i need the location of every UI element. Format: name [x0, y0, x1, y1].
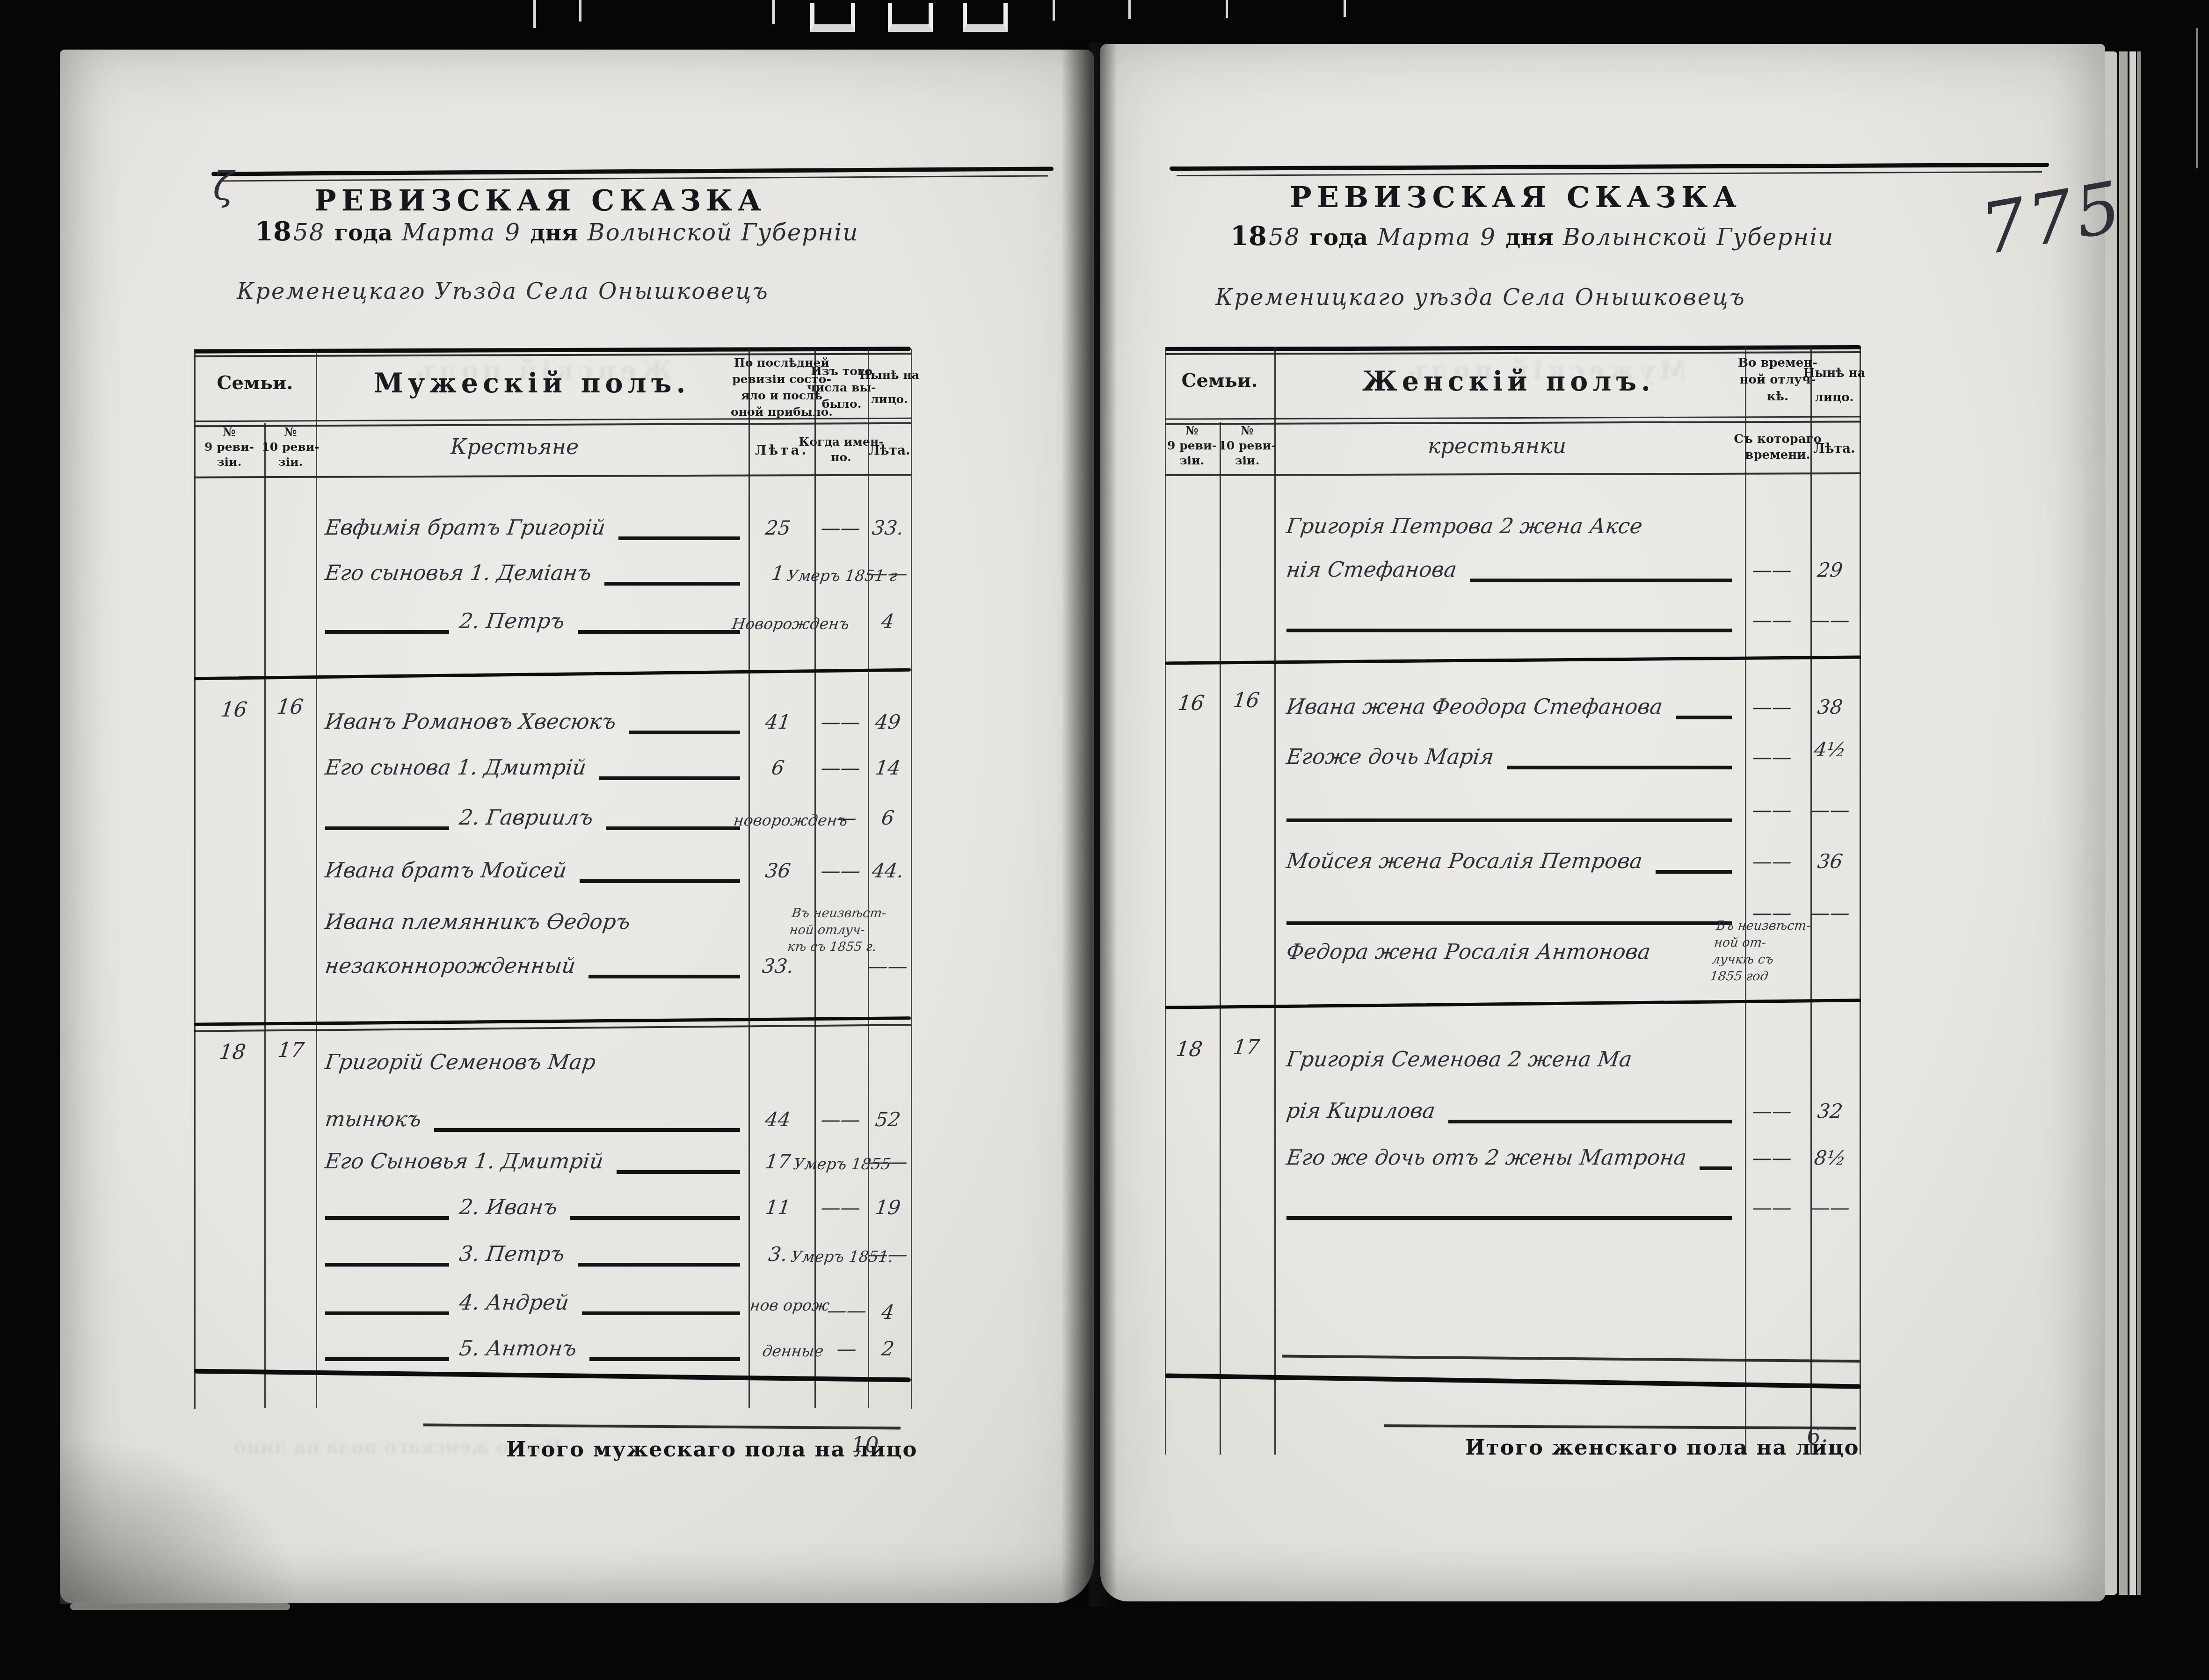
age-now: 38 — [1816, 695, 1844, 718]
right-date-line: 18 58 года Марта 9 дня Волынской Губерні… — [1230, 221, 1834, 252]
age-now: —— — [867, 1243, 909, 1266]
lead-dash — [325, 1306, 449, 1315]
col-rev9: № 9 реви- зіи. — [204, 425, 254, 470]
left-title: РЕВИЗСКАЯ СКАЗКА — [314, 183, 766, 217]
since-when: —— — [1751, 1146, 1793, 1169]
table-row: 4. Андрей нов орож —— 4 — [0, 1279, 2209, 1319]
person-name: нія Стефанова — [1285, 553, 1459, 586]
since-when: —— — [1751, 558, 1793, 581]
when-departed: —— — [826, 1299, 868, 1322]
since-when: —— — [1751, 746, 1793, 768]
person-name: Григорія Семенова 2 жена Ма — [1285, 1043, 1634, 1076]
name-underline — [582, 1306, 740, 1315]
name-cell — [1286, 1183, 1736, 1224]
scan-bracket — [810, 3, 855, 32]
date-goda: года — [1310, 224, 1368, 251]
col-rev10: № 10 реви- зіи. — [262, 425, 319, 470]
table-row: Ивана жена Феодора Стефанова —— 38 — [0, 683, 2209, 723]
name-cell: нія Стефанова — [1286, 546, 1736, 586]
right-total-label: Итого женскаго пола на лицо — [1465, 1435, 1860, 1460]
date-58: 58 — [293, 219, 325, 246]
name-underline — [1507, 760, 1732, 769]
name-cell — [1286, 786, 1736, 826]
under-page-edge — [70, 1603, 290, 1610]
scan-sliver — [2196, 28, 2198, 168]
table-row: —— —— — [0, 596, 2209, 636]
name-cell: Григорія Петрова 2 жена Аксе — [1286, 502, 1736, 543]
age-now: —— — [1809, 1196, 1851, 1219]
age-previous: нов орож — [749, 1296, 830, 1314]
name-underline — [1448, 1114, 1732, 1123]
col-family: Семьи. — [1182, 369, 1258, 391]
table-row: Федора жена Росалія Антонова — [0, 928, 2209, 968]
person-name: 4. Андрей — [458, 1286, 571, 1319]
col-rev10: № 10 реви- зіи. — [1218, 423, 1276, 468]
scan-sliver — [579, 0, 581, 22]
date-58: 58 — [1269, 224, 1301, 251]
blank-row-stroke — [1286, 916, 1732, 925]
name-cell: Егоже дочь Марія — [1286, 733, 1736, 773]
date-dnya: дня — [530, 220, 578, 246]
since-when: —— — [1751, 798, 1793, 821]
table-row: Григорія Петрова 2 жена Аксе — [0, 502, 2209, 543]
scan-sliver — [1128, 0, 1131, 19]
since-when: —— — [1751, 608, 1793, 631]
right-subtitle: Кременицкаго уѣзда Села Онышковецъ — [1215, 284, 1745, 311]
right-total-value: 6. — [1805, 1421, 1829, 1449]
table-row: —— —— — [0, 1183, 2209, 1224]
table-row: нія Стефанова —— 29 — [0, 546, 2209, 586]
person-name: рія Кирилова — [1285, 1094, 1437, 1127]
right-title: РЕВИЗСКАЯ СКАЗКА — [1290, 180, 1742, 214]
since-when: —— — [1751, 1196, 1793, 1219]
name-cell: 4. Андрей — [325, 1279, 744, 1319]
name-cell: Ивана жена Феодора Стефанова — [1286, 683, 1736, 723]
person-name: Его же дочь отъ 2 жены Матрона — [1285, 1141, 1688, 1174]
name-cell: рія Кирилова — [1286, 1087, 1736, 1127]
name-cell: Григорія Семенова 2 жена Ма — [1286, 1036, 1736, 1076]
date-dnya: дня — [1505, 224, 1554, 251]
subcol-since-when: Съ котораго времени. — [1734, 431, 1822, 463]
name-underline — [1676, 710, 1732, 719]
col-female-sex: Женскій полъ. — [1362, 366, 1655, 397]
table-row: Его же дочь отъ 2 жены Матрона —— 8½ — [0, 1134, 2209, 1174]
name-underline — [578, 1257, 740, 1267]
since-when: —— — [1751, 695, 1793, 718]
table-row: Егоже дочь Марія —— 4½ — [0, 733, 2209, 773]
name-underline — [1656, 864, 1732, 874]
person-name: 5. Антонъ — [458, 1332, 579, 1365]
name-underline — [1470, 573, 1732, 582]
person-name: Мойсея жена Росалія Петрова — [1285, 845, 1644, 877]
name-cell: Его же дочь отъ 2 жены Матрона — [1286, 1134, 1736, 1174]
since-when: —— — [1751, 1100, 1793, 1122]
col-male-sex: Мужескій полъ. — [374, 368, 690, 399]
scan-bracket — [888, 3, 933, 32]
scan-sliver — [1053, 0, 1055, 21]
lead-dash — [325, 1352, 449, 1361]
left-total-value: 10 — [851, 1432, 879, 1457]
absence-note: Въ неизвѣст- ной от- лучкѣ съ 1855 год — [1709, 918, 1825, 985]
date-day: 9 — [505, 219, 521, 246]
age-previous: денные — [761, 1342, 824, 1360]
age-now: 4½ — [1813, 738, 1847, 761]
age-now: —— — [1809, 798, 1851, 821]
age-now: 8½ — [1813, 1146, 1847, 1169]
age-now: 2 — [880, 1337, 896, 1360]
person-name: Ивана жена Феодора Стефанова — [1285, 690, 1664, 723]
table-row: Мойсея жена Росалія Петрова —— 36 — [0, 837, 2209, 877]
date-day: 9 — [1480, 224, 1496, 251]
corner-squiggle: ζ — [213, 165, 233, 209]
date-18: 18 — [1230, 221, 1267, 252]
blank-row-stroke — [1286, 813, 1732, 822]
subcol-age: Лѣта. — [1813, 441, 1855, 456]
date-goda: года — [334, 220, 393, 246]
scan-sliver — [533, 0, 536, 28]
scan-sliver — [772, 0, 775, 24]
col-rev9: № 9 реви- зіи. — [1167, 423, 1217, 468]
name-cell — [1286, 596, 1736, 636]
age-now: —— — [1809, 608, 1851, 631]
age-now: 29 — [1816, 558, 1844, 581]
age-now: 32 — [1816, 1100, 1844, 1122]
scanned-document: { "left": { "corner_mark": "ζ", "header"… — [0, 0, 2209, 1680]
age-previous: 3. — [767, 1243, 789, 1266]
name-cell — [1286, 889, 1736, 929]
name-underline — [1700, 1161, 1732, 1170]
scan-sliver — [1344, 0, 1346, 17]
person-name: 3. Петръ — [458, 1238, 567, 1270]
date-18: 18 — [255, 216, 291, 247]
age-now: 4 — [880, 1301, 896, 1324]
subcol-peasant-women: крестьянки — [1428, 433, 1566, 458]
person-name: Федора жена Росалія Антонова — [1285, 935, 1652, 968]
table-row: —— —— — [0, 889, 2209, 929]
table-row: рія Кирилова —— 32 — [0, 1087, 2209, 1127]
date-place: Волынской Губерніи — [1563, 224, 1834, 251]
left-date-line: 18 58 года Марта 9 дня Волынской Губерні… — [255, 216, 858, 247]
name-cell: Федора жена Росалія Антонова — [1286, 928, 1736, 968]
name-underline — [589, 969, 740, 978]
subcol-peasants: Крестьяне — [451, 434, 579, 459]
blank-row-stroke — [1286, 1210, 1732, 1220]
date-place: Волынской Губерніи — [588, 219, 859, 246]
table-row: 3. Петръ 3. Умеръ 1851. —— — [0, 1230, 2209, 1270]
table-row: —— —— — [0, 786, 2209, 826]
since-when: —— — [1751, 850, 1793, 873]
scan-sliver — [1226, 0, 1228, 18]
date-month: Марта — [1377, 224, 1471, 251]
subcol-age2: Лѣта. — [868, 442, 910, 458]
blank-row-stroke — [1286, 623, 1732, 632]
col-now-present: Нынѣ на лицо. — [1803, 361, 1866, 410]
age-now: 36 — [1816, 850, 1844, 873]
name-underline — [589, 1352, 740, 1361]
date-month: Марта — [402, 219, 495, 246]
table-row: Григорія Семенова 2 жена Ма — [0, 1036, 2209, 1076]
left-subtitle: Кременецкаго Уѣзда Села Онышковецъ — [237, 278, 769, 304]
name-cell: 3. Петръ — [325, 1230, 744, 1270]
table-row: 5. Антонъ денные — 2 — [0, 1325, 2209, 1365]
name-cell: Мойсея жена Росалія Петрова — [1286, 837, 1736, 877]
person-name: Егоже дочь Марія — [1285, 740, 1496, 773]
name-cell: 5. Антонъ — [325, 1325, 744, 1365]
scan-bracket — [963, 3, 1008, 32]
when-departed: — — [836, 1337, 858, 1360]
col-now-present: Нынѣ на лицо. — [859, 363, 919, 412]
col-family: Семьи. — [217, 372, 293, 394]
lead-dash — [325, 1257, 449, 1267]
person-name: Григорія Петрова 2 жена Аксе — [1285, 510, 1644, 543]
